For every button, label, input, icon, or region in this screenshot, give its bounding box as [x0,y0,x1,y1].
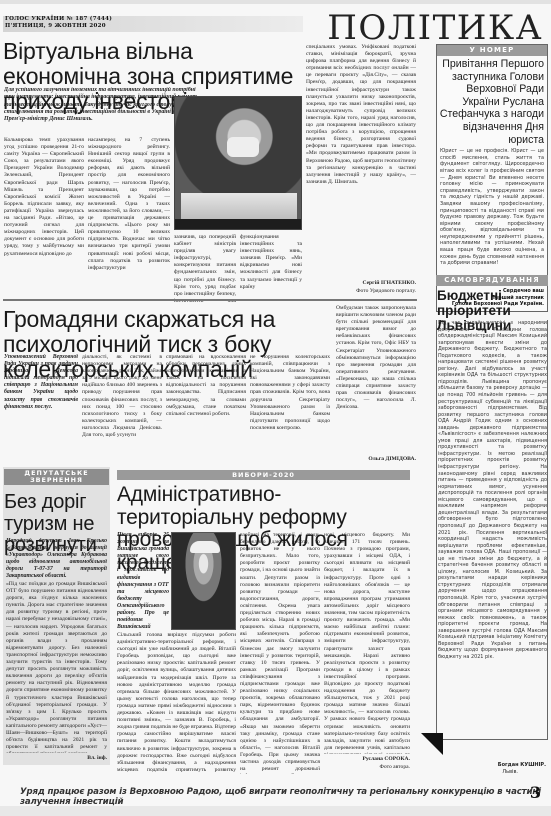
article1-col3: зазначив, що попередній кабінет міністрі… [174,234,236,302]
bottom-band [0,806,551,816]
article4-photo-village-head [171,532,236,630]
article5-byline-author: Богдан КУШНІР. [438,762,546,769]
article1-byline-author: Сергій ІГНАТЕНКО. [306,280,416,287]
article5-body: Під час онлайн-зустрічі з народними депу… [438,320,547,760]
masthead: ГОЛОС УКРАЇНИ № 187 (7444) П'ЯТНИЦЯ, 9 Ж… [3,16,303,32]
article3-body: «Під час поїздки до громади Вишківської … [6,581,107,753]
article2-col4: Омбудсман також запропонувала вирішити к… [336,305,416,455]
page-number: 3 [530,783,541,802]
article1-lead: Для успішного залучення іноземних та віт… [4,87,202,134]
article1-col2: насамперед на 7 ступень міжнародного рей… [88,137,170,302]
article4-byline-author: Руслана СОРОКА. [324,756,410,763]
divider [3,299,417,301]
greeting-body: Юрист — це не професія. Юрист — це спосі… [437,148,547,288]
article1-col1: Кольмирова темп урахування угод успішно … [4,137,84,302]
desk-shape [181,193,297,219]
masthead-date: П'ЯТНИЦЯ, 9 ЖОВТНЯ 2020 [5,23,303,30]
article2-col2: спрямовані на вдосконалення обробки перс… [166,354,246,464]
article4-byline-photo: Фото автора. [324,764,410,771]
article1-photo-prime-minister [174,96,302,230]
article1-col5: спеціальних умовах. Уніфіковані податков… [306,44,416,279]
article2-col1: діяльності, як системні в непрозорими ме… [82,354,162,464]
section-title: ПОЛІТИКА [327,8,543,48]
article3-lead: Народний депутат Іван Крулько («Батьківщ… [6,538,107,580]
newspaper-page: ГОЛОС УКРАЇНИ № 187 (7444) П'ЯТНИЦЯ, 9 Ж… [0,0,551,816]
page-footer: Уряд працює разом із Верховною Радою, що… [0,781,551,805]
footer-tagline: Уряд працює разом із Верховною Радою, що… [20,787,551,807]
article2-byline: Ольга ДІМІДОВА. [336,456,416,463]
self-government-kicker: САМОВРЯДУВАННЯ [436,275,548,286]
greeting-title: Привітання Першого заступника Голови Вер… [437,56,547,148]
top-border [0,0,551,4]
article2-col3: не порушення колекторських компаній, спі… [250,354,330,464]
article2-lead: Уповноважений Верховної Ради України з п… [4,354,78,464]
article4-col2: взойшлі на території, і люди, бережливо … [240,532,320,774]
cap-shape [190,541,220,553]
article1-col4: функціонування інвестиційних та інвестиц… [240,234,302,302]
face-mask-shape [227,137,259,157]
greeting-box: У НОМЕР Привітання Першого заступника Го… [436,44,548,312]
article1-byline-photo: Фото Урядового порталу. [306,288,416,295]
article5-byline-place: Львів. [438,769,518,776]
corner-fold-shape [421,733,443,755]
article4-col1b: Сільський голова вирішує підсумки роботи… [117,632,236,774]
deputy-appeal-kicker: ДЕПУТАТСЬКЕ ЗВЕРНЕННЯ [4,469,109,485]
masthead-issue: ГОЛОС УКРАЇНИ № 187 (7444) [5,16,303,23]
desk-base-shape [175,219,301,229]
article4-col3: нові місцевого бюджету. Ми вивчили 171 т… [324,532,410,754]
greeting-kicker: У НОМЕР [437,45,547,56]
article4-lead: Після виборів 25 жовтня ця Вишківська гр… [117,532,169,630]
elections-kicker: ВИБОРИ-2020 [117,470,410,480]
article3-byline: Вл. інф. [6,755,107,762]
